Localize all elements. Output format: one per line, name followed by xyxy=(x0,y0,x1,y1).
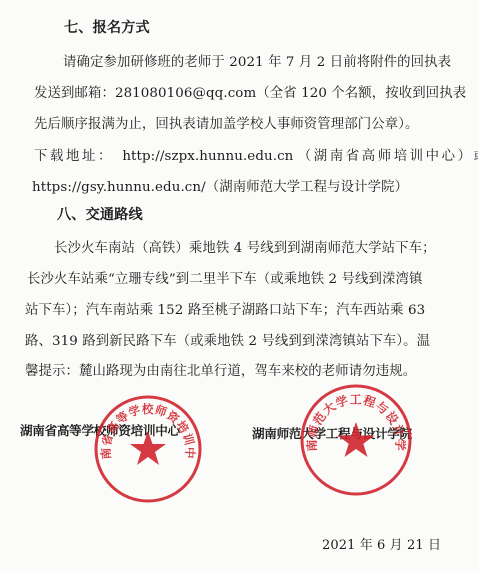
right-official-seal-icon: 湖南师范大学工程与设计学院 xyxy=(298,382,414,498)
section-7-heading: 七、报名方式 xyxy=(64,20,150,36)
download-link-2[interactable]: https://gsy.hunnu.edu.cn/ xyxy=(32,180,206,195)
download-line-1: 下载地址： http://szpx.hunnu.edu.cn （湖南省高师培训中… xyxy=(34,149,478,165)
section-8-line-4: 路、319 路到新民路下车（或乘地铁 2 号线到到溁湾镇站下车）。温 xyxy=(25,334,430,350)
document-date: 2021 年 6 月 21 日 xyxy=(322,538,441,554)
left-official-seal-icon: 湖南省高等学校师资培训中心 xyxy=(92,393,204,505)
section-8-heading: 八、交通路线 xyxy=(57,207,143,223)
download-link-1[interactable]: http://szpx.hunnu.edu.cn xyxy=(122,149,293,164)
section-8-line-1: 长沙火车南站（高铁）乘地铁 4 号线到到湖南师范大学站下车； xyxy=(54,241,436,257)
download-org-2: （湖南师范大学工程与设计学院） xyxy=(206,180,408,195)
section-8-line-2: 长沙火车站乘“立珊专线”到二里半下车（或乘地铁 2 号线到溁湾镇 xyxy=(27,272,422,288)
section-7-line-2: 发送到邮箱：281080106@qq.com（全省 120 个名额，按收到回执表 xyxy=(34,86,466,102)
download-label: 下载地址： xyxy=(34,149,114,164)
section-7-line-3: 先后顺序报满为止，回执表请加盖学校人事师资管理部门公章）。 xyxy=(34,117,419,133)
section-8-line-5: 馨提示：麓山路现为由南往北单行道，驾车来校的老师请勿违规。 xyxy=(25,364,416,380)
download-org-1: （湖南省高师培训中心）或 xyxy=(298,149,478,164)
download-line-2: https://gsy.hunnu.edu.cn/（湖南师范大学工程与设计学院） xyxy=(32,180,408,196)
section-7-line-1: 请确定参加研修班的老师于 2021 年 7 月 2 日前将附件的回执表 xyxy=(63,55,451,71)
section-8-line-3: 站下车）；汽车南站乘 152 路至桃子湖路口站下车；汽车西站乘 63 xyxy=(25,303,425,319)
document-page: 七、报名方式 请确定参加研修班的老师于 2021 年 7 月 2 日前将附件的回… xyxy=(0,0,478,571)
